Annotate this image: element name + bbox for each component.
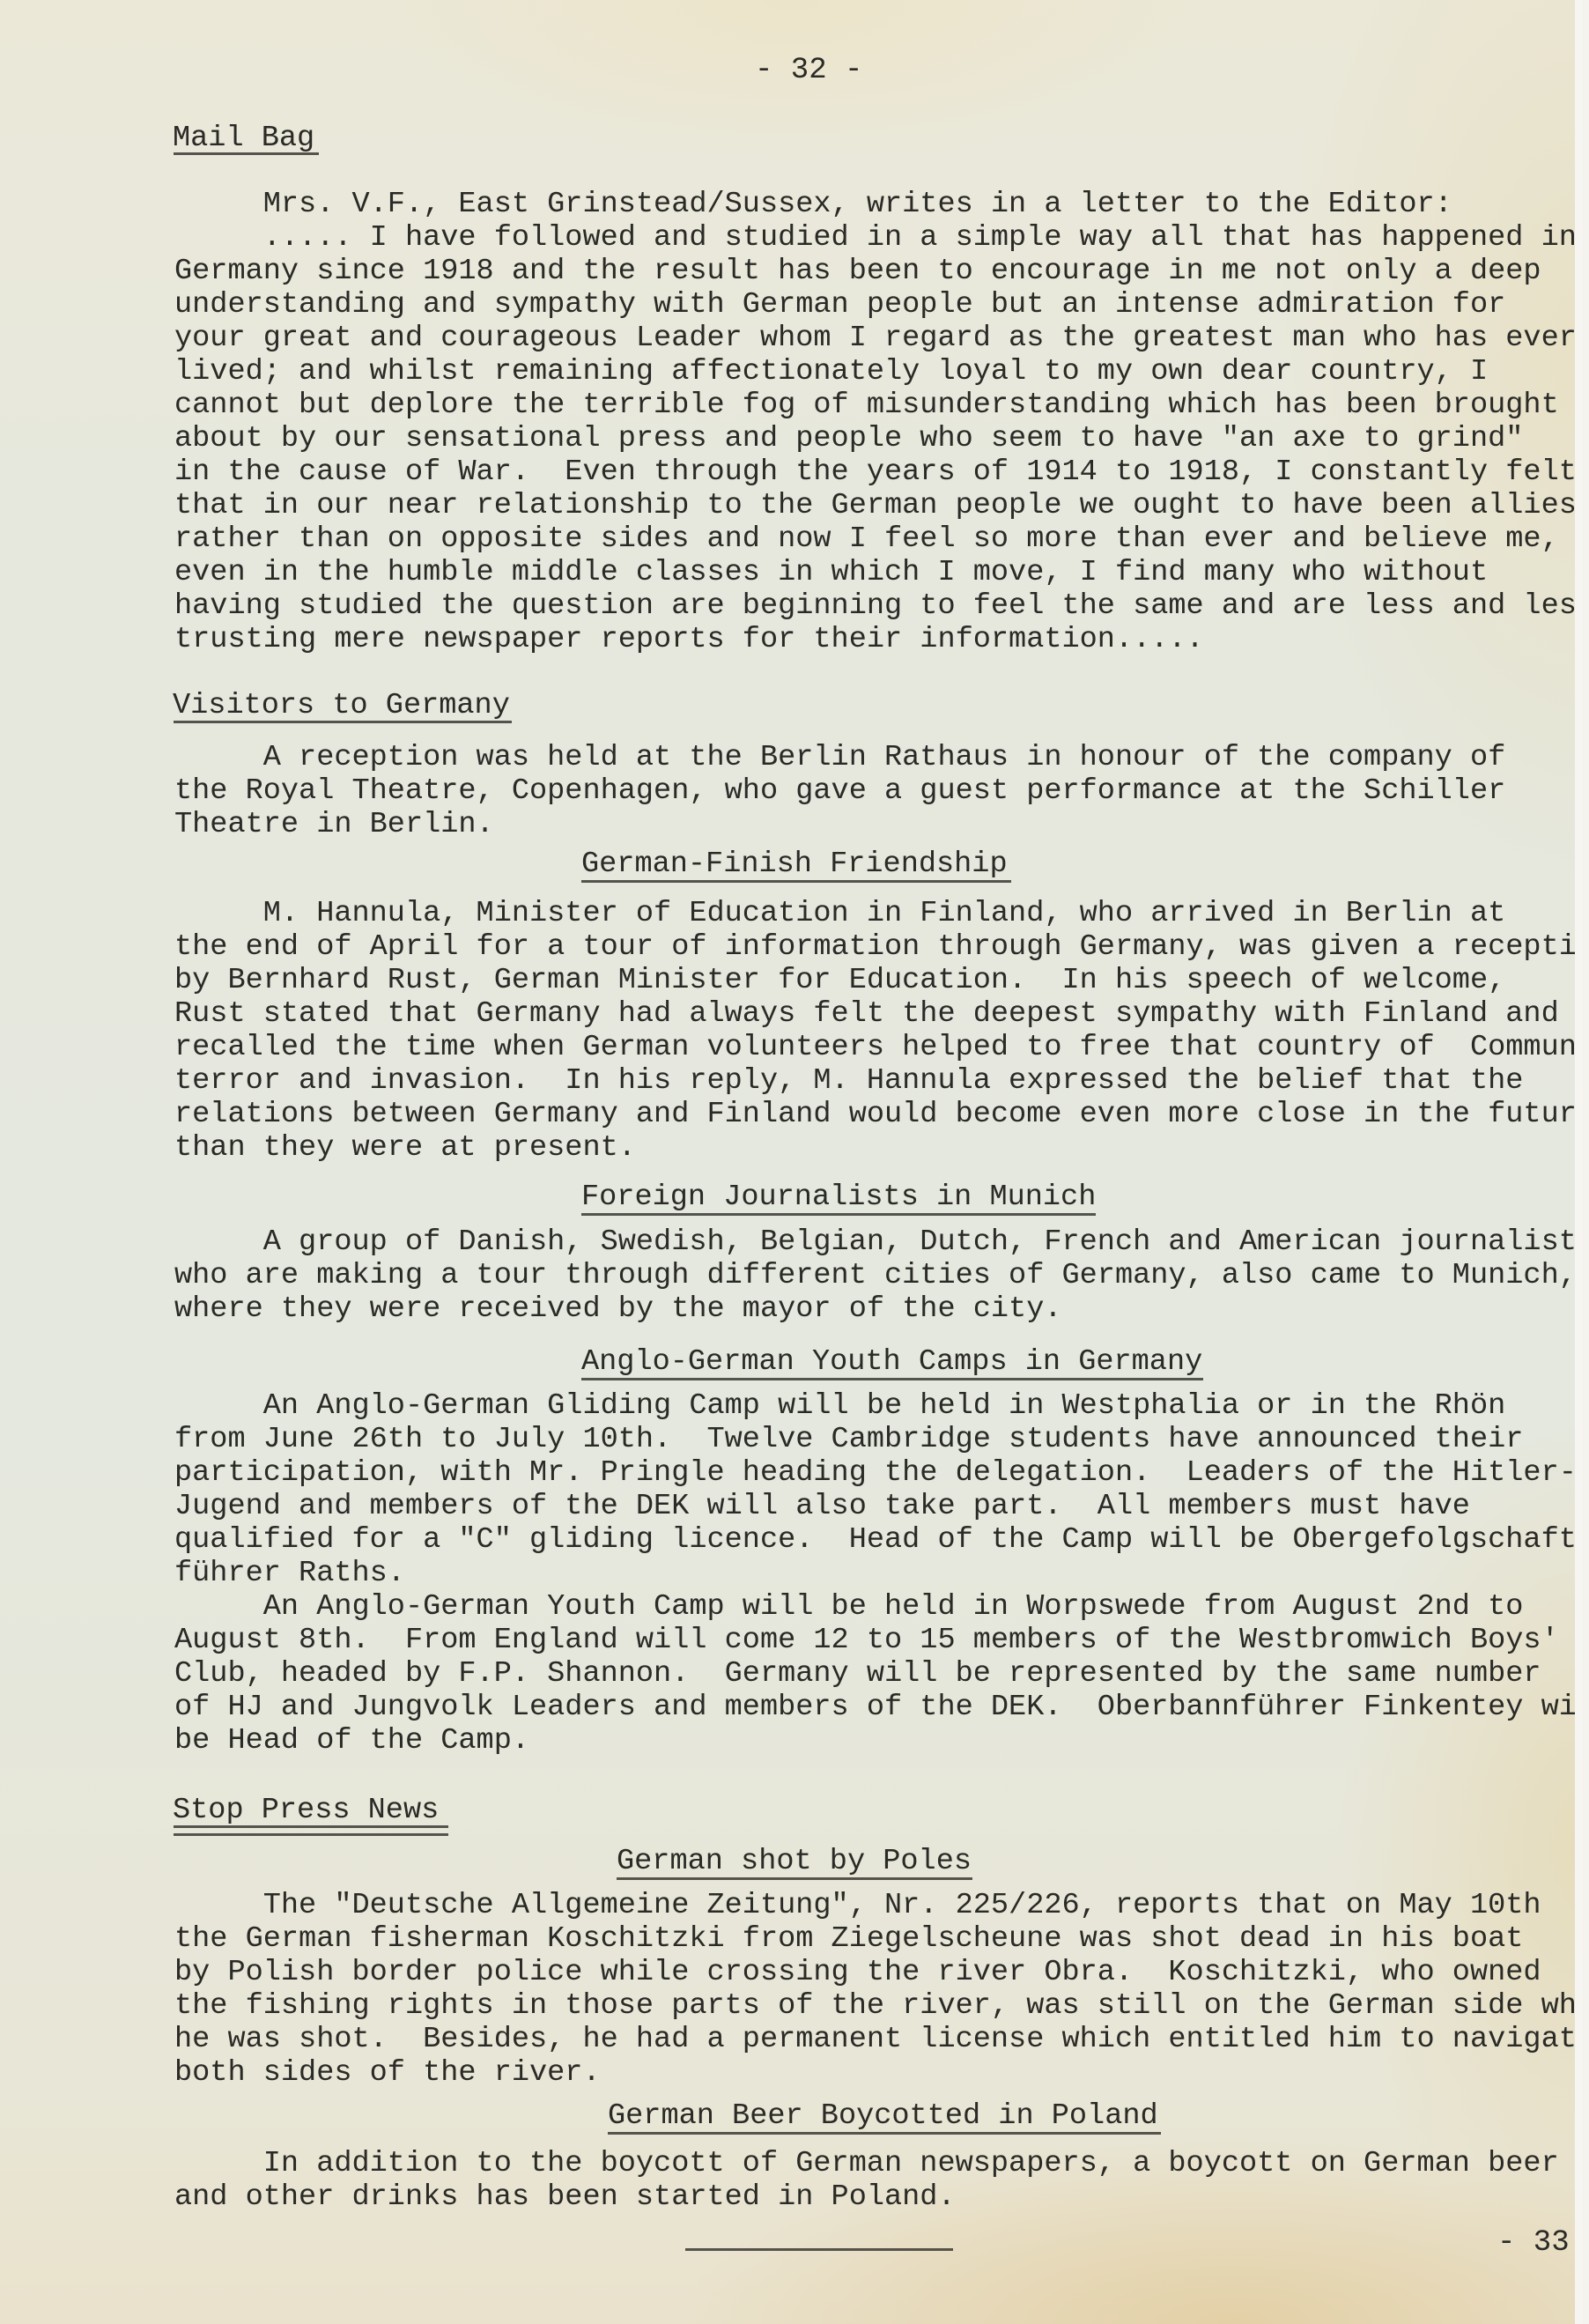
text-line: of HJ and Jungvolk Leaders and members o… (174, 1691, 1582, 1724)
text-line: in the cause of War. Even through the ye… (174, 455, 1577, 489)
text-line: having studied the question are beginnin… (174, 589, 1582, 623)
text-line: An Anglo-German Gliding Camp will be hel… (174, 1389, 1505, 1423)
text-line: from June 26th to July 10th. Twelve Camb… (174, 1423, 1523, 1456)
text-line: recalled the time when German volunteers… (174, 1031, 1582, 1064)
text-line: be Head of the Camp. (174, 1724, 529, 1758)
text-line: he was shot. Besides, he had a permanent… (174, 2023, 1582, 2056)
text-line: Jugend and members of the DEK will also … (174, 1490, 1470, 1523)
section-heading-visitors: Visitors to Germany (173, 689, 510, 722)
text-line: Theatre in Berlin. (174, 808, 494, 841)
text-line: that in our near relationship to the Ger… (174, 489, 1577, 522)
text-line: M. Hannula, Minister of Education in Fin… (174, 897, 1505, 930)
heading-underline (581, 1213, 1096, 1216)
text-line: the German fisherman Koschitzki from Zie… (174, 1922, 1523, 1956)
section-heading-german-shot: German shot by Poles (617, 1845, 972, 1878)
text-line: An Anglo-German Youth Camp will be held … (174, 1590, 1523, 1624)
section-heading-stop-press: Stop Press News (173, 1794, 439, 1827)
text-line: relations between Germany and Finland wo… (174, 1098, 1582, 1131)
text-line: cannot but deplore the terrible fog of m… (174, 389, 1559, 422)
heading-underline (581, 880, 1011, 883)
text-line: terror and invasion. In his reply, M. Ha… (174, 1064, 1523, 1098)
text-line: A group of Danish, Swedish, Belgian, Dut… (174, 1225, 1582, 1259)
text-line: and other drinks has been started in Pol… (174, 2180, 956, 2214)
section-heading-beer-boycott: German Beer Boycotted in Poland (608, 2099, 1158, 2133)
text-line: Rust stated that Germany had always felt… (174, 997, 1559, 1031)
text-line: the Royal Theatre, Copenhagen, who gave … (174, 774, 1505, 808)
heading-double-underline-top (174, 1825, 448, 1828)
text-line: participation, with Mr. Pringle heading … (174, 1456, 1577, 1490)
heading-underline (174, 721, 512, 723)
section-heading-german-finish-friendship: German-Finish Friendship (581, 847, 1008, 881)
text-line: qualified for a "C" gliding licence. Hea… (174, 1523, 1582, 1557)
text-line: In addition to the boycott of German new… (174, 2147, 1559, 2180)
scan-margin (1575, 0, 1582, 2324)
text-line: lived; and whilst remaining affectionate… (174, 355, 1488, 389)
text-line: understanding and sympathy with German p… (174, 288, 1505, 322)
text-line: Mrs. V.F., East Grinstead/Sussex, writes… (174, 188, 1452, 221)
end-divider (685, 2248, 953, 2251)
text-line: the end of April for a tour of informati… (174, 930, 1582, 964)
text-line: about by our sensational press and peopl… (174, 422, 1523, 455)
section-heading-youth-camps: Anglo-German Youth Camps in Germany (581, 1345, 1202, 1379)
text-line: A reception was held at the Berlin Ratha… (174, 741, 1505, 774)
text-line: ..... I have followed and studied in a s… (174, 221, 1577, 255)
page-number-top: - 32 - (755, 54, 862, 87)
text-line: by Polish border police while crossing t… (174, 1956, 1541, 1989)
heading-underline (617, 1877, 972, 1880)
text-line: even in the humble middle classes in whi… (174, 556, 1488, 589)
document-page: - 32 - Mail Bag Mrs. V.F., East Grinstea… (0, 0, 1582, 2324)
text-line: August 8th. From England will come 12 to… (174, 1624, 1559, 1657)
text-line: führer Raths. (174, 1557, 405, 1590)
text-line: where they were received by the mayor of… (174, 1292, 1062, 1326)
text-line: rather than on opposite sides and now I … (174, 522, 1559, 556)
heading-double-underline-bottom (174, 1833, 448, 1836)
text-line: the fishing rights in those parts of the… (174, 1989, 1582, 2023)
text-line: by Bernhard Rust, German Minister for Ed… (174, 964, 1505, 997)
heading-underline (608, 2132, 1161, 2135)
page-number-bottom: - 33 (1497, 2226, 1570, 2260)
text-line: than they were at present. (174, 1131, 636, 1165)
text-line: Club, headed by F.P. Shannon. Germany wi… (174, 1657, 1541, 1691)
section-heading-foreign-journalists: Foreign Journalists in Munich (581, 1181, 1096, 1214)
section-heading-mail-bag: Mail Bag (173, 122, 314, 155)
text-line: trusting mere newspaper reports for thei… (174, 623, 1204, 656)
text-line: Germany since 1918 and the result has be… (174, 255, 1541, 288)
text-line: who are making a tour through different … (174, 1259, 1577, 1292)
text-line: The "Deutsche Allgemeine Zeitung", Nr. 2… (174, 1889, 1541, 1922)
heading-underline (581, 1378, 1203, 1380)
heading-underline (174, 152, 319, 155)
text-line: both sides of the river. (174, 2056, 601, 2090)
text-line: your great and courageous Leader whom I … (174, 322, 1577, 355)
